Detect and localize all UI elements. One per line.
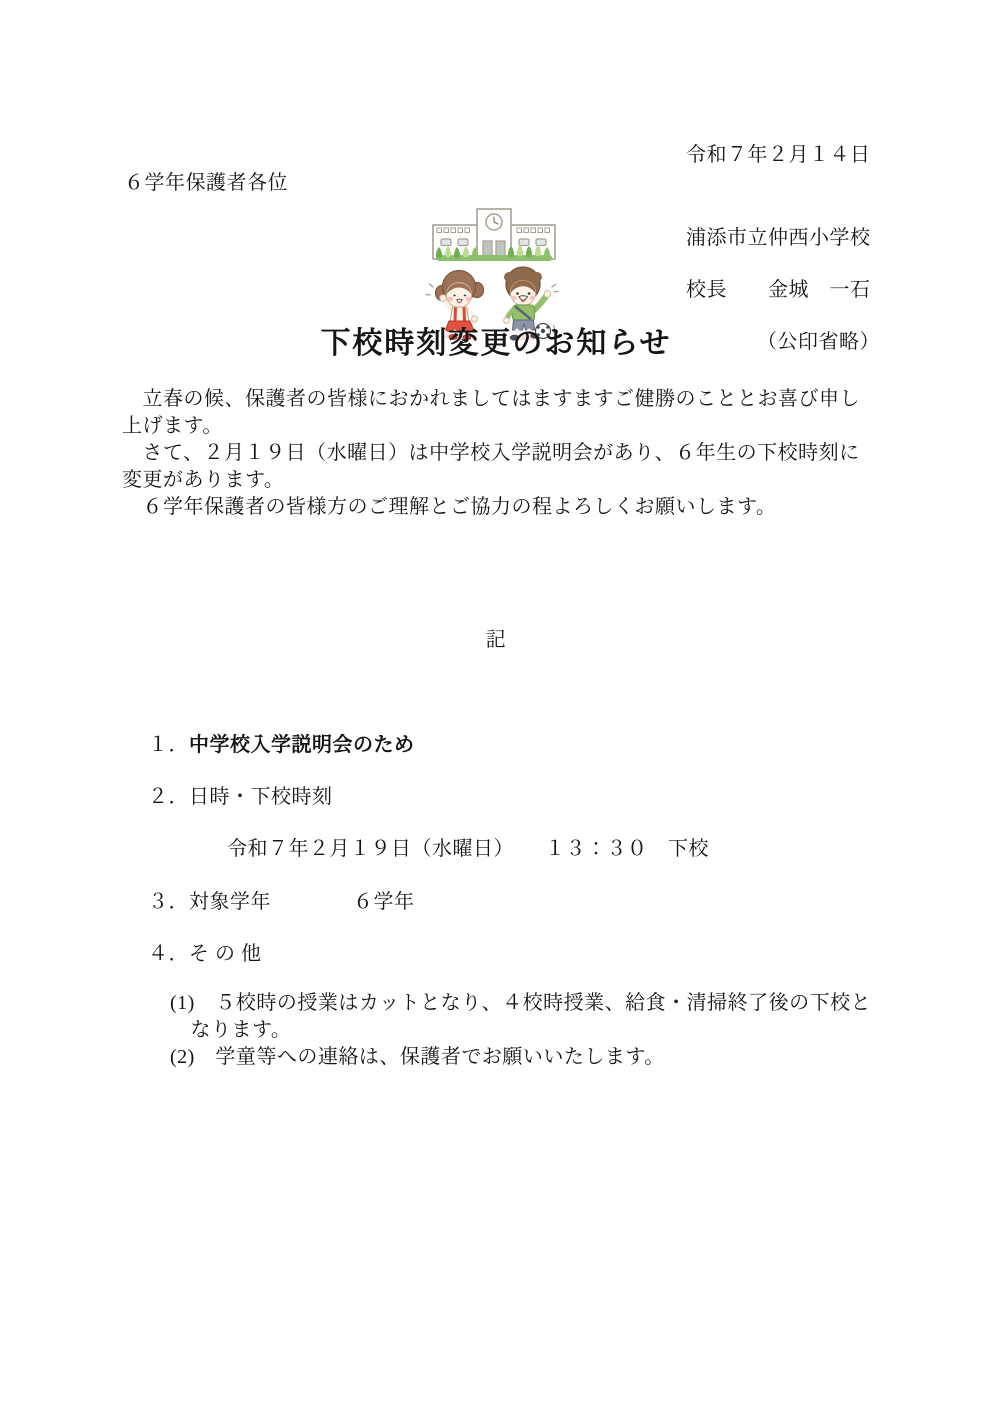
sub-item-1-text: ５校時の授業はカットとなり、４校時授業、給食・清掃終了後の下校と なります。 bbox=[170, 992, 871, 1041]
list-item-4: ４．そ の 他 bbox=[148, 941, 262, 968]
girl-motion-marks bbox=[426, 284, 433, 295]
sub-item-2-text: 学童等への連絡は、保護者でお願いいたします。 bbox=[195, 1046, 665, 1068]
sender-school-name: 浦添市立仲西小学校 bbox=[686, 225, 880, 251]
sub-item-2-marker: (2) bbox=[170, 1046, 195, 1068]
sub-item-1: (1) ５校時の授業はカットとなり、４校時授業、給食・清掃終了後の下校と なりま… bbox=[170, 990, 930, 1044]
list-item-1-marker: １． bbox=[148, 734, 189, 756]
recipient-line: ６学年保護者各位 bbox=[124, 170, 288, 197]
school-children-svg bbox=[413, 203, 575, 341]
sub-item-1-marker: (1) bbox=[170, 992, 195, 1014]
page-title: 下校時刻変更のお知らせ bbox=[0, 326, 992, 362]
list-item-4-text: そ の 他 bbox=[189, 943, 262, 965]
notice-document-page: 令和７年２月１４日 ６学年保護者各位 bbox=[0, 0, 992, 1403]
list-item-1-text: 中学校入学説明会のため bbox=[189, 734, 415, 756]
list-item-3-text: 対象学年 ６学年 bbox=[189, 891, 415, 913]
list-item-3: ３．対象学年 ６学年 bbox=[148, 889, 415, 916]
list-item-3-marker: ３． bbox=[148, 891, 189, 913]
greeting-paragraphs: 立春の候、保護者の皆様におかれましてはますますご健勝のこととお喜び申し 上げます… bbox=[122, 386, 930, 521]
section-marker-ki: 記 bbox=[0, 627, 992, 654]
schedule-line: 令和７年２月１９日（水曜日） １３：３０ 下校 bbox=[227, 836, 709, 863]
list-item-1: １．中学校入学説明会のため bbox=[148, 732, 415, 759]
list-item-4-marker: ４． bbox=[148, 943, 189, 965]
list-item-2-text: 日時・下校時刻 bbox=[189, 786, 333, 808]
issue-date: 令和７年２月１４日 bbox=[686, 142, 871, 169]
list-item-2: ２．日時・下校時刻 bbox=[148, 784, 333, 811]
list-item-2-marker: ２． bbox=[148, 786, 189, 808]
clock-icon bbox=[486, 214, 502, 230]
sub-item-2: (2) 学童等への連絡は、保護者でお願いいたします。 bbox=[170, 1044, 930, 1071]
school-children-illustration bbox=[413, 176, 575, 314]
sender-principal-line: 校長 金城 一石 bbox=[686, 277, 880, 303]
